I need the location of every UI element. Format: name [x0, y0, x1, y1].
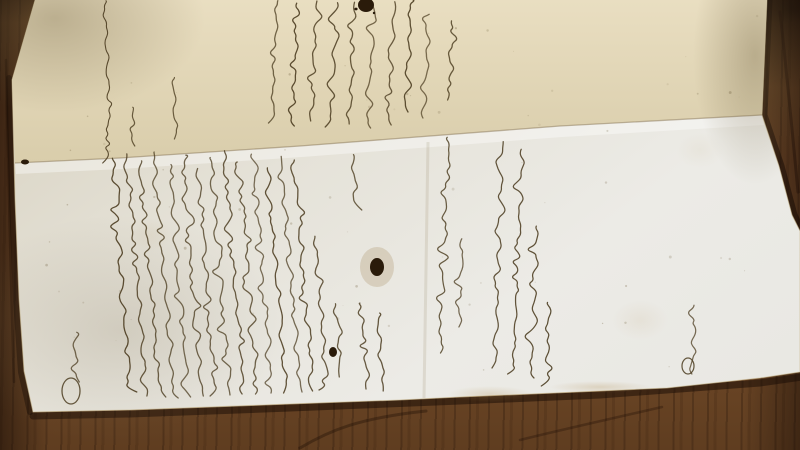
paper-speckle: [184, 247, 187, 250]
paper-speckle: [252, 313, 254, 315]
center-blot: [370, 258, 384, 276]
paper-speckle: [729, 258, 731, 260]
paper-speckle: [624, 322, 626, 324]
paper-speckle: [438, 111, 441, 114]
paper-speckle: [669, 256, 672, 259]
wood-grain-streak: [300, 411, 426, 448]
foxing-stain: [550, 381, 650, 393]
paper-speckle: [406, 93, 409, 96]
paper-speckle: [513, 51, 514, 52]
foxing-stain: [448, 386, 532, 402]
paper-speckle: [49, 241, 51, 243]
paper-speckle: [452, 188, 455, 191]
foxing-stain: [676, 132, 724, 168]
paper-speckle: [344, 65, 345, 66]
paper-speckle: [483, 369, 485, 371]
paper-speckle: [131, 319, 132, 320]
paper-speckle: [284, 149, 286, 151]
paper-speckle: [290, 222, 292, 224]
paper-speckle: [153, 196, 155, 198]
manuscript-photo-scene: Photograph of an early-modern handwritte…: [0, 0, 800, 450]
paper-speckle: [667, 83, 669, 85]
fold-spot: [21, 160, 29, 165]
top-edge-blot-satellite-1: [354, 8, 357, 11]
paper-speckle: [119, 290, 122, 293]
paper-speckle: [103, 143, 105, 145]
paper-speckle: [538, 123, 541, 126]
paper-speckle: [606, 130, 608, 132]
paper-speckle: [428, 33, 429, 34]
paper-speckle: [528, 115, 529, 116]
paper-speckle: [685, 56, 686, 57]
paper-speckle: [697, 93, 699, 95]
paper-speckle: [74, 336, 76, 338]
paper-speckle: [468, 303, 470, 305]
paper-speckle: [162, 169, 164, 171]
paper-speckle: [388, 325, 390, 327]
paper-speckle: [347, 231, 348, 232]
paper-speckle: [70, 150, 72, 152]
paper-speckle: [366, 99, 367, 100]
paper-speckle: [410, 95, 411, 96]
paper-speckle: [272, 85, 274, 87]
wood-grain-streak: [520, 407, 662, 440]
paper-speckle: [605, 181, 607, 183]
paper-speckle: [625, 285, 627, 287]
manuscript-svg: [0, 0, 800, 450]
paper-speckle: [116, 340, 117, 341]
paper-speckle: [729, 91, 732, 94]
paper-speckle: [455, 27, 457, 29]
paper-speckle: [109, 150, 111, 152]
paper-speckle: [45, 264, 48, 267]
paper-speckle: [720, 257, 722, 259]
paper-speckle: [67, 204, 69, 206]
paper-speckle: [82, 302, 84, 304]
paper-speckle: [756, 15, 758, 17]
paper-speckle: [669, 366, 670, 367]
paper-speckle: [176, 92, 177, 93]
paper-speckle: [486, 29, 488, 31]
paper-speckle: [442, 256, 444, 258]
paper-speckle: [739, 97, 740, 98]
text-smudge: [329, 347, 337, 357]
paper-speckle: [238, 208, 241, 211]
paper-speckle: [87, 116, 89, 118]
paper-speckle: [393, 108, 395, 110]
paper-speckle: [58, 291, 60, 293]
paper-speckle: [544, 202, 545, 203]
paper-speckle: [355, 285, 358, 288]
paper-speckle: [131, 82, 133, 84]
paper-speckle: [368, 106, 371, 109]
paper-speckle: [602, 323, 603, 324]
paper-speckle: [480, 282, 482, 284]
paper-speckle: [169, 206, 170, 207]
paper-speckle: [744, 270, 745, 271]
top-edge-blot-satellite-2: [373, 12, 375, 14]
paper-speckle: [288, 73, 290, 75]
paper-speckle: [336, 317, 339, 320]
paper-speckle: [329, 196, 332, 199]
paper-speckle: [535, 282, 536, 283]
paper-speckle: [521, 162, 522, 163]
paper-speckle: [551, 90, 553, 92]
paper-speckle: [343, 305, 344, 306]
foxing-stain: [612, 300, 668, 340]
